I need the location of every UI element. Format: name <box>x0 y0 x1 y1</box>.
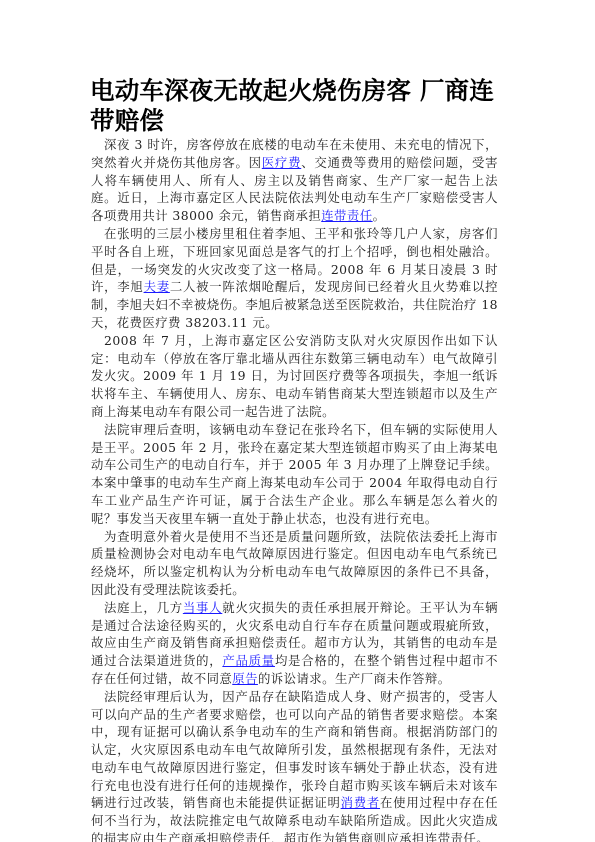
paragraph-text: 的诉讼请求。生产厂商未作答辩。 <box>258 671 451 686</box>
paragraph: 为查明意外着火是使用不当还是质量问题所致，法院依法委托上海市质量检测协会对电动车… <box>91 528 498 599</box>
paragraph-text: 法院经审理后认为，因产品存在缺陷造成人身、财产损害的，受害人可以向产品的生产者要… <box>91 689 498 811</box>
paragraph: 2008 年 7 月，上海市嘉定区公安消防支队对火灾原因作出如下认定：电动车（停… <box>91 332 498 421</box>
paragraph-text: 。 <box>373 208 386 223</box>
paragraph: 法院经审理后认为，因产品存在缺陷造成人身、财产损害的，受害人可以向产品的生产者要… <box>91 688 498 842</box>
document-page: 电动车深夜无故起火烧伤房客 厂商连带赔偿 深夜 3 时许，房客停放在底楼的电动车… <box>91 76 498 842</box>
paragraph-text: 2008 年 7 月，上海市嘉定区公安消防支队对火灾原因作出如下认定：电动车（停… <box>91 333 498 419</box>
paragraph-text: 法院审理后查明，该辆电动车登记在张玲名下，但车辆的实际使用人是王平。2005 年… <box>91 422 498 526</box>
inline-link[interactable]: 原告 <box>232 671 258 686</box>
paragraph: 深夜 3 时许，房客停放在底楼的电动车在未使用、未充电的情况下，突然着火并烧伤其… <box>91 136 498 225</box>
paragraph-text: 法庭上，几方 <box>104 600 183 615</box>
paragraph: 法院审理后查明，该辆电动车登记在张玲名下，但车辆的实际使用人是王平。2005 年… <box>91 421 498 528</box>
paragraph: 法庭上，几方当事人就火灾损失的责任承担展开辩论。王平认为车辆是通过合法途径购买的… <box>91 599 498 688</box>
article-title: 电动车深夜无故起火烧伤房客 厂商连带赔偿 <box>90 76 498 136</box>
inline-link[interactable]: 消费者 <box>341 795 380 810</box>
article-body: 深夜 3 时许，房客停放在底楼的电动车在未使用、未充电的情况下，突然着火并烧伤其… <box>91 136 498 842</box>
inline-link[interactable]: 产品质量 <box>222 653 275 668</box>
inline-link[interactable]: 连带责任 <box>321 208 372 223</box>
paragraph: 在张明的三层小楼房里租住着李旭、王平和张玲等几户人家，房客们平时各自上班，下班回… <box>91 225 498 332</box>
inline-link[interactable]: 当事人 <box>183 600 222 615</box>
inline-link[interactable]: 医疗费 <box>262 155 301 170</box>
paragraph-text: 为查明意外着火是使用不当还是质量问题所致，法院依法委托上海市质量检测协会对电动车… <box>91 529 498 597</box>
inline-link[interactable]: 夫妻 <box>144 279 170 294</box>
